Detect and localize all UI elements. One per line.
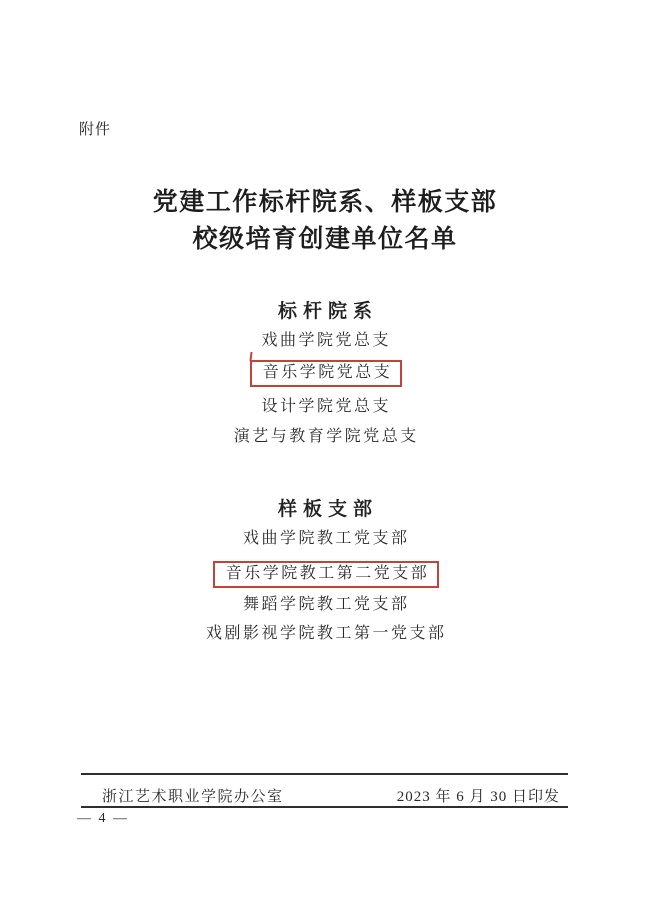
red-highlight-box: 音乐学院教工第二党支部 [213,561,439,588]
list-item: 戏曲学院教工党支部 [0,529,650,549]
section-heading-model-branches: 样板支部 [0,494,650,521]
section-heading-benchmark-departments: 标杆院系 [0,296,650,323]
document-title-line1: 党建工作标杆院系、样板支部 [0,182,650,218]
colophon-rule-top [81,773,568,775]
attachment-label: 附件 [79,118,111,139]
list-item: 音乐学院教工第二党支部 [226,565,430,582]
pen-overshoot-mark [250,352,253,361]
document-page: 附件 党建工作标杆院系、样板支部 校级培育创建单位名单 标杆院系 戏曲学院党总支… [0,0,650,918]
list-item-highlighted-wrap: 音乐学院教工第二党支部 [0,561,650,588]
print-date: 2023 年 6 月 30 日印发 [397,785,560,806]
red-highlight-box: 音乐学院党总支 [250,360,402,387]
list-item: 音乐学院党总支 [263,364,393,381]
list-item: 戏剧影视学院教工第一党支部 [0,624,650,644]
page-number: — 4 — [77,811,129,827]
list-item: 演艺与教育学院党总支 [0,427,650,447]
list-item: 舞蹈学院教工党支部 [0,595,650,615]
issuing-office: 浙江艺术职业学院办公室 [102,785,284,806]
list-item: 设计学院党总支 [0,397,650,417]
document-title-line2: 校级培育创建单位名单 [0,219,650,255]
list-item-highlighted-wrap: 音乐学院党总支 [0,360,650,387]
colophon-rule-bottom [81,806,568,808]
list-item: 戏曲学院党总支 [0,331,650,351]
